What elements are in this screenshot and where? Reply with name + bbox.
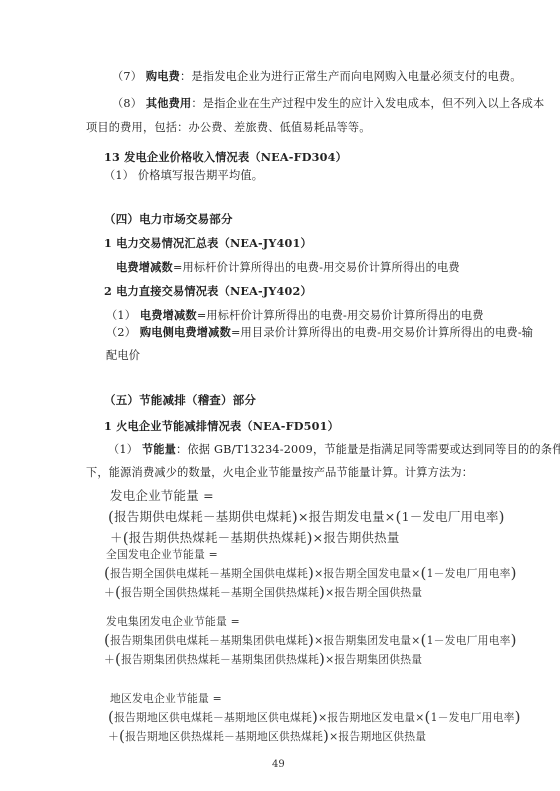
formula-2-label: 全国发电企业节能量 = — [106, 548, 218, 562]
definition-text: =用标杆价计算所得出的电费-用交易价计算所得出的电费 — [197, 309, 484, 322]
jy401-definition: 电费增减数=用标杆价计算所得出的电费-用交易价计算所得出的电费 — [116, 260, 460, 275]
formula-1-line-2: ＋(报告期供热煤耗－基期供热煤耗)×报告期供热量 — [110, 531, 400, 545]
item-8-continued: 项目的费用，包括：办公费、差旅费、低值易耗品等等。 — [86, 121, 371, 135]
formula-3-label: 发电集团发电企业节能量 = — [106, 615, 240, 629]
table-jy402-title: 2 电力直接交易情况表（NEA-JY402） — [104, 284, 312, 298]
item-7: （7） 购电费：是指发电企业为进行正常生产而向电网购入电量必须支付的电费。 — [112, 69, 522, 84]
section-5-heading: （五）节能减排（稽查）部分 — [104, 393, 256, 407]
section-4-heading: （四）电力市场交易部分 — [104, 212, 233, 226]
term-fee-change: 电费增减数 — [116, 260, 173, 274]
formula-4-line-2: ＋(报告期地区供热煤耗－基期地区供热煤耗)×报告期地区供热量 — [108, 729, 426, 744]
item-number: （1） — [108, 443, 138, 456]
item-number: （2） — [106, 326, 136, 339]
document-page: （7） 购电费：是指发电企业为进行正常生产而向电网购入电量必须支付的电费。 （8… — [0, 0, 560, 791]
item-number: （1） — [106, 309, 136, 322]
item-number: （7） — [112, 70, 142, 83]
table-jy401-title: 1 电力交易情况汇总表（NEA-JY401） — [104, 236, 312, 250]
table-13-item-1: （1） 价格填写报告期平均值。 — [104, 169, 263, 183]
definition-text: =用标杆价计算所得出的电费-用交易价计算所得出的电费 — [173, 261, 460, 274]
formula-3-line-2: ＋(报告期集团供热煤耗－基期集团供热煤耗)×报告期集团供热量 — [104, 652, 422, 667]
fd501-item-1: （1） 节能量：依据 GB/T13234-2009，节能量是指满足同等需要或达到… — [108, 442, 560, 457]
item-8: （8） 其他费用：是指企业在生产过程中发生的应计入发电成本，但不列入以上各成本 — [112, 96, 544, 111]
jy402-item-2: （2） 购电侧电费增减数=用目录价计算所得出的电费-用交易价计算所得出的电费-输 — [106, 325, 533, 340]
jy402-item-1: （1） 电费增减数=用标杆价计算所得出的电费-用交易价计算所得出的电费 — [106, 308, 484, 323]
formula-1-line-1: (报告期供电煤耗－基期供电煤耗)×报告期发电量×(1－发电厂用电率) — [108, 510, 505, 524]
formula-4-label: 地区发电企业节能量 = — [110, 692, 222, 706]
term-energy-saving: 节能量 — [142, 442, 176, 456]
table-fd501-title: 1 火电企业节能减排情况表（NEA-FD501） — [104, 419, 339, 433]
definition-text: =用目录价计算所得出的电费-用交易价计算所得出的电费-输 — [231, 326, 533, 339]
formula-2-line-1: (报告期全国供电煤耗－基期全国供电煤耗)×报告期全国发电量×(1－发电厂用电率) — [104, 566, 517, 581]
definition-text: ：是指企业在生产过程中发生的应计入发电成本，但不列入以上各成本 — [191, 97, 544, 110]
formula-2-line-2: ＋(报告期全国供热煤耗－基期全国供热煤耗)×报告期全国供热量 — [104, 585, 422, 600]
definition-text: ：是指发电企业为进行正常生产而向电网购入电量必须支付的电费。 — [180, 70, 522, 83]
definition-text: ：依据 GB/T13234-2009，节能量是指满足同等需要或达到同等目的的条件 — [176, 443, 560, 456]
page-number: 49 — [272, 759, 285, 770]
term-other-fees: 其他费用 — [146, 96, 192, 110]
formula-1-label: 发电企业节能量 = — [110, 489, 214, 503]
term-fee-change: 电费增减数 — [140, 308, 197, 322]
jy402-item-2-continued: 配电价 — [106, 349, 140, 363]
fd501-item-1-continued: 下，能源消费减少的数量，火电企业节能量按产品节能量计算。计算方法为： — [86, 466, 473, 480]
item-number: （8） — [112, 97, 142, 110]
formula-3-line-1: (报告期集团供电煤耗－基期集团供电煤耗)×报告期集团发电量×(1－发电厂用电率) — [104, 633, 517, 648]
term-buyer-fee-change: 购电侧电费增减数 — [140, 325, 231, 339]
table-13-title: 13 发电企业价格收入情况表（NEA-FD304） — [104, 150, 347, 164]
formula-4-line-1: (报告期地区供电煤耗－基期地区供电煤耗)×报告期地区发电量×(1－发电厂用电率) — [108, 710, 521, 725]
term-purchase-fee: 购电费 — [146, 69, 180, 83]
